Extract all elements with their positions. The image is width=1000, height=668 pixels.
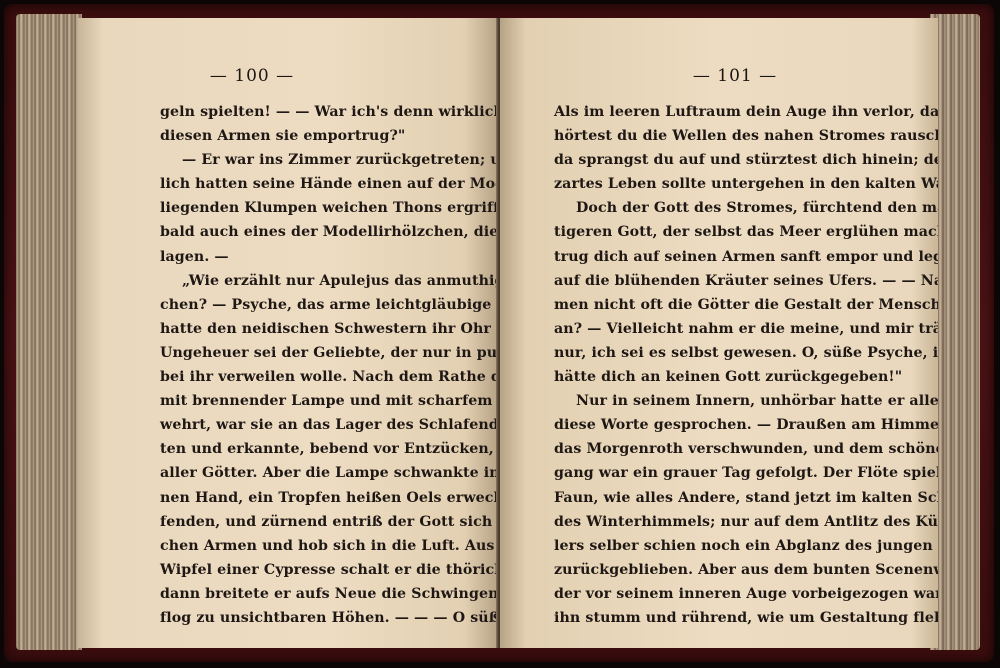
text-line: fenden, und zürnend entriß der Gott sich…	[160, 510, 478, 534]
text-line: diese Worte gesprochen. — Draußen am Him…	[554, 413, 888, 437]
text-line: bald auch eines der Modellirhölzchen, di…	[160, 220, 478, 244]
text-line: Als im leeren Luftraum dein Auge ihn ver…	[554, 100, 888, 124]
text-line: zurückgeblieben. Aber aus dem bunten Sce…	[554, 558, 888, 582]
text-line: Ungeheuer sei der Geliebte, der nur in p…	[160, 341, 478, 365]
text-line: mit brennender Lampe und mit scharfem St…	[160, 389, 478, 413]
text-line: des Winterhimmels; nur auf dem Antlitz d…	[554, 510, 888, 534]
text-line: zartes Leben sollte untergehen in den ka…	[554, 172, 888, 196]
text-line: liegenden Klumpen weichen Thons ergriffe…	[160, 196, 478, 220]
left-page: — 100 — geln spielten! — — War ich's den…	[78, 18, 498, 648]
text-line: — Er war ins Zimmer zurückgetreten; unwi…	[160, 148, 478, 172]
text-line: tigeren Gott, der selbst das Meer erglüh…	[554, 220, 888, 244]
text-line: das Morgenroth verschwunden, und dem sch…	[554, 437, 888, 461]
text-line: Faun, wie alles Andere, stand jetzt im k…	[554, 486, 888, 510]
text-line: chen Armen und hob sich in die Luft. Aus…	[160, 534, 478, 558]
left-page-text: geln spielten! — — War ich's denn wirkli…	[160, 100, 478, 630]
text-line: lich hatten seine Hände einen auf der Mo…	[160, 172, 478, 196]
text-line: diesen Armen sie emportrug?"	[160, 124, 478, 148]
text-line: nen Hand, ein Tropfen heißen Oels erweck…	[160, 486, 478, 510]
text-line: „Wie erzählt nur Apulejus das anmuthige …	[160, 269, 478, 293]
text-line: auf die blühenden Kräuter seines Ufers. …	[554, 269, 888, 293]
text-line: an? — Vielleicht nahm er die meine, und …	[554, 317, 888, 341]
text-line: lagen. —	[160, 245, 478, 269]
text-line: bei ihr verweilen wolle. Nach dem Rathe …	[160, 365, 478, 389]
text-line: flog zu unsichtbaren Höhen. — — — O süße…	[160, 606, 478, 630]
text-line: chen? — Psyche, das arme leichtgläubige …	[160, 293, 478, 317]
text-line: ihn stumm und rührend, wie um Gestaltung…	[554, 606, 888, 630]
text-line: gang war ein grauer Tag gefolgt. Der Flö…	[554, 461, 888, 485]
text-line: hatte den neidischen Schwestern ihr Ohr …	[160, 317, 478, 341]
text-line: lers selber schien noch ein Abglanz des …	[554, 534, 888, 558]
text-line: Wipfel einer Cypresse schalt er die thör…	[160, 558, 478, 582]
text-line: wehrt, war sie an das Lager des Schlafen…	[160, 413, 478, 437]
text-line: hätte dich an keinen Gott zurückgegeben!…	[554, 365, 888, 389]
text-line: Doch der Gott des Stromes, fürchtend den…	[554, 196, 888, 220]
text-line: dann breitete er aufs Neue die Schwingen…	[160, 582, 478, 606]
text-line: da sprangst du auf und stürztest dich hi…	[554, 148, 888, 172]
text-line: der vor seinem inneren Auge vorbeigezoge…	[554, 582, 888, 606]
text-line: trug dich auf seinen Armen sanft empor u…	[554, 245, 888, 269]
right-page: — 101 — Als im leeren Luftraum dein Auge…	[500, 18, 938, 648]
page-edges-left	[16, 14, 82, 650]
text-line: ten und erkannte, bebend vor Entzücken, …	[160, 437, 478, 461]
text-line: nur, ich sei es selbst gewesen. O, süße …	[554, 341, 888, 365]
text-line: hörtest du die Wellen des nahen Stromes …	[554, 124, 888, 148]
text-line: geln spielten! — — War ich's denn wirkli…	[160, 100, 478, 124]
right-page-text: Als im leeren Luftraum dein Auge ihn ver…	[554, 100, 888, 630]
text-line: aller Götter. Aber die Lampe schwankte i…	[160, 461, 478, 485]
text-line: men nicht oft die Götter die Gestalt der…	[554, 293, 888, 317]
text-line: Nur in seinem Innern, unhörbar hatte er …	[554, 389, 888, 413]
page-number-left: — 100 —	[78, 66, 462, 86]
page-number-right: — 101 —	[516, 66, 938, 86]
